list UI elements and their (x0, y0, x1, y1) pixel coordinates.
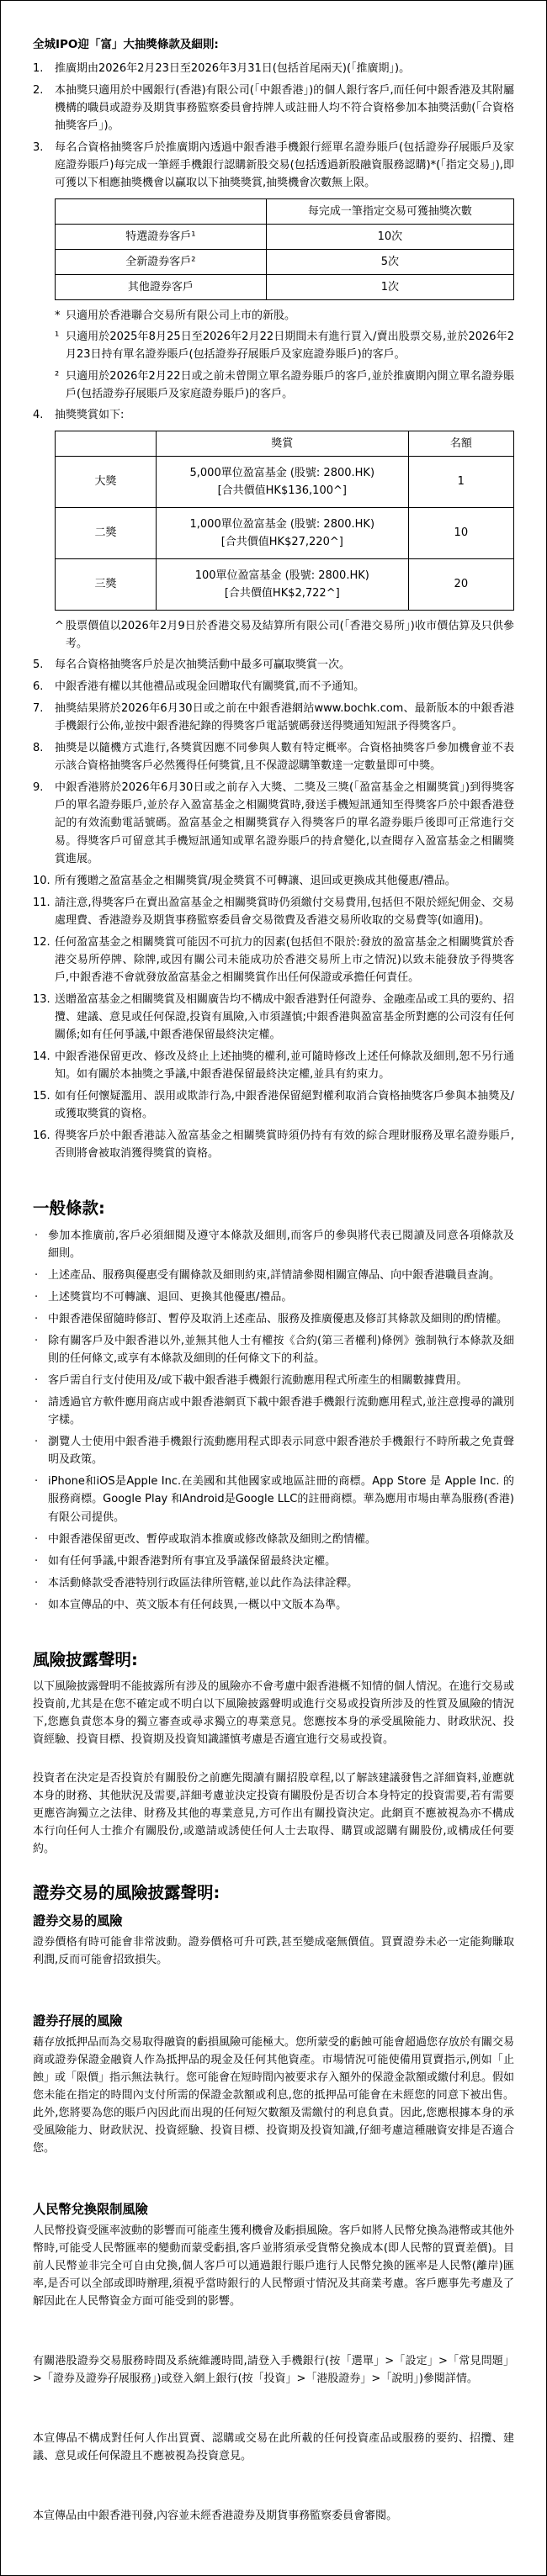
term-text: 送贈盈富基金之相關獎賞及相關廣告均不構成中銀香港對任何證券、金融產品或工具的要約… (55, 991, 514, 1044)
customer-tier-cell: 全新證券客戶² (56, 250, 267, 275)
prize-quota-cell: 1 (408, 456, 513, 507)
doc-title: 全城IPO迎「富」大抽獎條款及細則: (33, 36, 514, 55)
footnote: ¹ 只適用於2025年8月25日至2026年2月22日期間未有進行買入/賣出股票… (33, 328, 514, 363)
prize-header-cell: 獎賞 (156, 431, 408, 456)
general-term-text: 請透過官方軟件應用商店或中銀香港網頁下載中銀香港手機銀行流動應用程式,並注意搜尋… (48, 1394, 514, 1429)
term-number: 16. (33, 1127, 55, 1162)
term-item: 6. 中銀香港有權以其他禮品或現金回贈取代有關獎賞,而不予通知。 (33, 678, 514, 696)
table-header-row: 獎賞 名額 (56, 431, 514, 456)
footnote: ² 只適用於2026年2月22日或之前未曾開立單名證券賬戶的客戶,並於推廣期內開… (33, 368, 514, 403)
term-number: 5. (33, 656, 55, 674)
bullet-icon: · (33, 1332, 48, 1367)
bullet-icon: · (33, 1473, 48, 1526)
general-term-item: · 本活動條款受香港特別行政區法律所管轄,並以此作為法律詮釋。 (33, 1574, 514, 1592)
table-header-row: 每完成一筆指定交易可獲抽獎次數 (56, 199, 514, 225)
footnote-text: 只適用於香港聯合交易所有限公司上市的新股。 (66, 307, 514, 325)
term-item: 11. 請注意,得獎客戶在賣出盈富基金之相關獎賞時仍須繳付交易費用,包括但不限於… (33, 894, 514, 929)
general-term-text: 本活動條款受香港特別行政區法律所管轄,並以此作為法律詮釋。 (48, 1574, 514, 1592)
footnote-marker: * (55, 307, 66, 325)
term-text: 抽獎是以隨機方式進行,各獎賞因應不同參與人數有特定概率。合資格抽獎客戶參加機會並… (55, 739, 514, 775)
bullet-icon: · (33, 1433, 48, 1468)
term-text: 得獎客戶於中銀香港誌入盈富基金之相關獎賞時須仍持有有效的綜合理財服務及單名證券賬… (55, 1127, 514, 1162)
table-row: 其他證券客戶 1次 (56, 275, 514, 300)
term-item: 2. 本抽獎只適用於中國銀行(香港)有限公司(「中銀香港」)的個人銀行客戶,而任… (33, 82, 514, 135)
prize-quota-cell: 10 (408, 507, 513, 558)
chances-cell: 1次 (266, 275, 513, 300)
term-item: 8. 抽獎是以隨機方式進行,各獎賞因應不同參與人數有特定概率。合資格抽獎客戶參加… (33, 739, 514, 775)
term-text: 抽獎獎賞如下: (55, 406, 514, 424)
general-term-item: · 參加本推廣前,客戶必須細閱及遵守本條款及細則,而客戶的參與將代表已閱讀及同意… (33, 1227, 514, 1262)
service-hours-note: 有關港股證券交易服務時間及系統維護時間,請登入手機銀行(按「選單」>「設定」>「… (33, 2352, 514, 2388)
general-term-text: iPhone和iOS是Apple Inc.在美國和其他國家或地區註冊的商標。Ap… (48, 1473, 514, 1526)
prize-tier-cell: 三獎 (56, 558, 157, 610)
general-term-item: · iPhone和iOS是Apple Inc.在美國和其他國家或地區註冊的商標。… (33, 1473, 514, 1526)
footnote-marker: ¹ (55, 328, 66, 363)
footnote-marker: ² (55, 368, 66, 403)
risk-paragraph: 投資者在決定是否投資於有關股份之前應先閱讀有關招股章程,以了解該建議發售之詳細資… (33, 1769, 514, 1858)
rmb-conversion-risk-text: 人民幣投資受匯率波動的影響而可能產生獲利機會及虧損風險。客戶如將人民幣兌換為港幣… (33, 2222, 514, 2310)
securities-trading-risk-text: 證券價格有時可能會非常波動。證券價格可升可跌,甚至變成毫無價值。買賣證券未必一定… (33, 1933, 514, 1969)
terms-list-5-16: 5. 每名合資格抽獎客戶於是次抽獎活動中最多可贏取獎賞一次。 6. 中銀香港有權… (33, 656, 514, 1162)
term-text: 任何盈富基金之相關獎賞可能因不可抗力的因素(包括但不限於:發放的盈富基金之相關獎… (55, 934, 514, 986)
securities-trading-risk-heading: 證券交易的風險 (33, 1911, 514, 1932)
rmb-conversion-risk-heading: 人民幣兌換限制風險 (33, 2199, 514, 2220)
term-number: 13. (33, 991, 55, 1044)
table-row: 三獎 100單位盈富基金 (股號: 2800.HK) [合共價值HK$2,722… (56, 558, 514, 610)
section-spacer (33, 2177, 514, 2199)
footnote: * 只適用於香港聯合交易所有限公司上市的新股。 (33, 307, 514, 325)
term-number: 9. (33, 779, 55, 867)
quota-header-cell: 名額 (408, 431, 513, 456)
term-number: 2. (33, 82, 55, 135)
term-number: 1. (33, 60, 55, 77)
bullet-icon: · (33, 1288, 48, 1306)
footnotes: * 只適用於香港聯合交易所有限公司上市的新股。 ¹ 只適用於2025年8月25日… (33, 307, 514, 402)
term-number: 6. (33, 678, 55, 696)
term-item: 7. 抽獎結果將於2026年6月30日或之前在中銀香港網站www.bochk.c… (33, 700, 514, 735)
general-term-text: 中銀香港保留隨時修訂、暫停及取消上述產品、服務及推廣優惠及修訂其條款及細則的酌情… (48, 1310, 514, 1328)
risk-disclosure-heading: 風險披露聲明: (33, 1647, 514, 1674)
term-number: 8. (33, 739, 55, 775)
section-spacer (33, 2408, 514, 2430)
general-term-item: · 除有關客戶及中銀香港以外,並無其他人士有權按《合約(第三者權利)條例》強制執… (33, 1332, 514, 1367)
term-item: 3. 每名合資格抽獎客戶於推廣期內透過中銀香港手機銀行經單名證券賬戶(包括證券孖… (33, 139, 514, 192)
prize-table-body: 大獎 5,000單位盈富基金 (股號: 2800.HK) [合共價值HK$136… (56, 456, 514, 610)
bullet-icon: · (33, 1394, 48, 1429)
bullet-icon: · (33, 1531, 48, 1548)
general-term-item: · 請透過官方軟件應用商店或中銀香港網頁下載中銀香港手機銀行流動應用程式,並注意… (33, 1394, 514, 1429)
securities-risk-disclosure-heading: 證券交易的風險披露聲明: (33, 1880, 514, 1907)
footnote-text: 只適用於2026年2月22日或之前未曾開立單名證券賬戶的客戶,並於推廣期內開立單… (66, 368, 514, 403)
term-number: 11. (33, 894, 55, 929)
footnote-text: 只適用於2025年8月25日至2026年2月22日期間未有進行買入/賣出股票交易… (66, 328, 514, 363)
term-item: 13. 送贈盈富基金之相關獎賞及相關廣告均不構成中銀香港對任何證券、金融產品或工… (33, 991, 514, 1044)
footnote-marker: ^ (55, 617, 66, 653)
general-term-text: 除有關客戶及中銀香港以外,並無其他人士有權按《合約(第三者權利)條例》強制執行本… (48, 1332, 514, 1367)
table-row: 特選證券客戶¹ 10次 (56, 225, 514, 250)
general-term-text: 如本宣傳品的中、英文版本有任何歧異,一概以中文版本為準。 (48, 1596, 514, 1614)
term-item: 12. 任何盈富基金之相關獎賞可能因不可抗力的因素(包括但不限於:發放的盈富基金… (33, 934, 514, 986)
prize-line1: 100單位盈富基金 (股號: 2800.HK) (162, 567, 403, 584)
term-number: 10. (33, 872, 55, 890)
issuer-disclaimer: 本宣傳品由中銀香港刊發,內容並未經香港證券及期貨事務監察委員會審閱。 (33, 2507, 514, 2525)
prize-desc-cell: 5,000單位盈富基金 (股號: 2800.HK) [合共價值HK$136,10… (156, 456, 408, 507)
prize-line1: 1,000單位盈富基金 (股號: 2800.HK) (162, 516, 403, 533)
prize-desc-cell: 1,000單位盈富基金 (股號: 2800.HK) [合共價值HK$27,220… (156, 507, 408, 558)
term-item: 9. 中銀香港將於2026年6月30日或之前存入大獎、二獎及三獎(「盈富基金之相… (33, 779, 514, 867)
general-term-text: 參加本推廣前,客戶必須細閱及遵守本條款及細則,而客戶的參與將代表已閱讀及同意各項… (48, 1227, 514, 1262)
bullet-icon: · (33, 1310, 48, 1328)
table-row: 全新證券客戶² 5次 (56, 250, 514, 275)
terms-list-1-3: 1. 推廣期由2026年2月23日至2026年3月31日(包括首尾兩天)(「推廣… (33, 60, 514, 192)
general-term-text: 瀏覽人士使用中銀香港手機銀行流動應用程式即表示同意中銀香港於手機銀行不時所載之免… (48, 1433, 514, 1468)
chances-cell: 10次 (266, 225, 513, 250)
empty-header-cell (56, 199, 267, 225)
term-text: 所有獲贈之盈富基金之相關獎賞/現金獎賞不可轉讓、退回或更換成其他優惠/禮品。 (55, 872, 514, 890)
prize-line2: [合共價值HK$2,722^] (162, 584, 403, 602)
table-row: 二獎 1,000單位盈富基金 (股號: 2800.HK) [合共價值HK$27,… (56, 507, 514, 558)
table-row: 大獎 5,000單位盈富基金 (股號: 2800.HK) [合共價值HK$136… (56, 456, 514, 507)
general-term-item: · 如有任何爭議,中銀香港對所有事宜及爭議保留最終決定權。 (33, 1552, 514, 1570)
section-spacer (33, 1989, 514, 2011)
general-term-text: 如有任何爭議,中銀香港對所有事宜及爭議保留最終決定權。 (48, 1552, 514, 1570)
general-term-item: · 客戶需自行支付使用及/或下載中銀香港手機銀行流動應用程式所產生的相關數據費用… (33, 1372, 514, 1389)
term-number: 4. (33, 406, 55, 424)
chances-header-cell: 每完成一筆指定交易可獲抽獎次數 (266, 199, 513, 225)
prize-line1: 5,000單位盈富基金 (股號: 2800.HK) (162, 464, 403, 482)
term-text: 每名合資格抽獎客戶於推廣期內透過中銀香港手機銀行經單名證券賬戶(包括證券孖展賬戶… (55, 139, 514, 192)
bullet-icon: · (33, 1372, 48, 1389)
general-term-item: · 上述獎賞均不可轉讓、退回、更換其他優惠/禮品。 (33, 1288, 514, 1306)
term-text: 本抽獎只適用於中國銀行(香港)有限公司(「中銀香港」)的個人銀行客戶,而任何中銀… (55, 82, 514, 135)
bullet-icon: · (33, 1552, 48, 1570)
section-spacer (33, 2330, 514, 2352)
general-term-item: · 瀏覽人士使用中銀香港手機銀行流動應用程式即表示同意中銀香港於手機銀行不時所載… (33, 1433, 514, 1468)
section-spacer (33, 1858, 514, 1880)
term-item: 5. 每名合資格抽獎客戶於是次抽獎活動中最多可贏取獎賞一次。 (33, 656, 514, 674)
general-terms-list: · 參加本推廣前,客戶必須細閱及遵守本條款及細則,而客戶的參與將代表已閱讀及同意… (33, 1227, 514, 1614)
customer-tier-cell: 其他證券客戶 (56, 275, 267, 300)
bullet-icon: · (33, 1267, 48, 1284)
prize-line2: [合共價值HK$136,100^] (162, 482, 403, 500)
bullet-icon: · (33, 1596, 48, 1614)
general-term-text: 中銀香港保留更改、暫停或取消本推廣或修改條款及細則之酌情權。 (48, 1531, 514, 1548)
margin-risk-heading: 證券孖展的風險 (33, 2011, 514, 2032)
term-number: 3. (33, 139, 55, 192)
term-number: 14. (33, 1048, 55, 1083)
draw-chances-table: 每完成一筆指定交易可獲抽獎次數 特選證券客戶¹ 10次 全新證券客戶² 5次 其… (55, 198, 514, 300)
term-text: 中銀香港將於2026年6月30日或之前存入大獎、二獎及三獎(「盈富基金之相關獎賞… (55, 779, 514, 867)
customer-tier-cell: 特選證券客戶¹ (56, 225, 267, 250)
general-term-item: · 上述產品、服務與優惠受有關條款及細則約束,詳情請參閱相關宣傳品、向中銀香港職… (33, 1267, 514, 1284)
term-text: 抽獎結果將於2026年6月30日或之前在中銀香港網站www.bochk.com、… (55, 700, 514, 735)
general-term-item: · 中銀香港保留更改、暫停或取消本推廣或修改條款及細則之酌情權。 (33, 1531, 514, 1548)
prize-quota-cell: 20 (408, 558, 513, 610)
footnote-text: 股票價值以2026年2月9日於香港交易及結算所有限公司(「香港交易所」)收市價估… (66, 617, 514, 653)
prize-desc-cell: 100單位盈富基金 (股號: 2800.HK) [合共價值HK$2,722^] (156, 558, 408, 610)
term-item: 14. 中銀香港保留更改、修改及終止上述抽獎的權利,並可隨時修改上述任何條款及細… (33, 1048, 514, 1083)
term-text: 如有任何懷疑濫用、誤用或欺詐行為,中銀香港保留絕對權利取消合資格抽獎客戶參與本抽… (55, 1087, 514, 1123)
term-number: 15. (33, 1087, 55, 1123)
prize-tier-cell: 大獎 (56, 456, 157, 507)
term-number: 12. (33, 934, 55, 986)
chances-cell: 5次 (266, 250, 513, 275)
term-text: 推廣期由2026年2月23日至2026年3月31日(包括首尾兩天)(「推廣期」)… (55, 60, 514, 77)
prize-tier-cell: 二獎 (56, 507, 157, 558)
price-footnote: ^ 股票價值以2026年2月9日於香港交易及結算所有限公司(「香港交易所」)收市… (33, 617, 514, 653)
section-spacer (33, 2485, 514, 2507)
general-term-item: · 如本宣傳品的中、英文版本有任何歧異,一概以中文版本為準。 (33, 1596, 514, 1614)
term-text: 請注意,得獎客戶在賣出盈富基金之相關獎賞時仍須繳付交易費用,包括但不限於經紀佣金… (55, 894, 514, 929)
risk-paragraph: 以下風險披露聲明不能披露所有涉及的風險亦不會考慮中銀香港概不知情的個人情況。在進… (33, 1678, 514, 1748)
term-text: 中銀香港保留更改、修改及終止上述抽獎的權利,並可隨時修改上述任何條款及細則,恕不… (55, 1048, 514, 1083)
risk-paragraphs: 以下風險披露聲明不能披露所有涉及的風險亦不會考慮中銀香港概不知情的個人情況。在進… (33, 1678, 514, 1857)
general-term-text: 上述產品、服務與優惠受有關條款及細則約束,詳情請參閱相關宣傳品、向中銀香港職員查… (48, 1267, 514, 1284)
terms-document: 全城IPO迎「富」大抽獎條款及細則: 1. 推廣期由2026年2月23日至202… (0, 0, 547, 2576)
margin-risk-text: 藉存放抵押品而為交易取得融資的虧損風險可能極大。您所蒙受的虧蝕可能會超過您存放於… (33, 2034, 514, 2157)
general-terms-heading: 一般條款: (33, 1195, 514, 1222)
term-text: 每名合資格抽獎客戶於是次抽獎活動中最多可贏取獎賞一次。 (55, 656, 514, 674)
section-spacer (33, 1618, 514, 1647)
bullet-icon: · (33, 1574, 48, 1592)
general-term-text: 客戶需自行支付使用及/或下載中銀香港手機銀行流動應用程式所產生的相關數據費用。 (48, 1372, 514, 1389)
section-spacer (33, 1166, 514, 1195)
term-item: 1. 推廣期由2026年2月23日至2026年3月31日(包括首尾兩天)(「推廣… (33, 60, 514, 77)
draw-chances-body: 特選證券客戶¹ 10次 全新證券客戶² 5次 其他證券客戶 1次 (56, 225, 514, 300)
term-item-4: 4. 抽獎獎賞如下: (33, 406, 514, 424)
term-text: 中銀香港有權以其他禮品或現金回贈取代有關獎賞,而不予通知。 (55, 678, 514, 696)
empty-header-cell (56, 431, 157, 456)
bullet-icon: · (33, 1227, 48, 1262)
term-number: 7. (33, 700, 55, 735)
prize-line2: [合共價值HK$27,220^] (162, 533, 403, 551)
general-term-text: 上述獎賞均不可轉讓、退回、更換其他優惠/禮品。 (48, 1288, 514, 1306)
general-term-item: · 中銀香港保留隨時修訂、暫停及取消上述產品、服務及推廣優惠及修訂其條款及細則的… (33, 1310, 514, 1328)
term-item: 15. 如有任何懷疑濫用、誤用或欺詐行為,中銀香港保留絕對權利取消合資格抽獎客戶… (33, 1087, 514, 1123)
term-item: 16. 得獎客戶於中銀香港誌入盈富基金之相關獎賞時須仍持有有效的綜合理財服務及單… (33, 1127, 514, 1162)
term-item: 10. 所有獲贈之盈富基金之相關獎賞/現金獎賞不可轉讓、退回或更換成其他優惠/禮… (33, 872, 514, 890)
no-offer-disclaimer: 本宣傳品不構成對任何人作出買賣、認購或交易在此所載的任何投資產品或服務的要約、招… (33, 2430, 514, 2465)
prize-table: 獎賞 名額 大獎 5,000單位盈富基金 (股號: 2800.HK) [合共價值… (55, 431, 514, 611)
